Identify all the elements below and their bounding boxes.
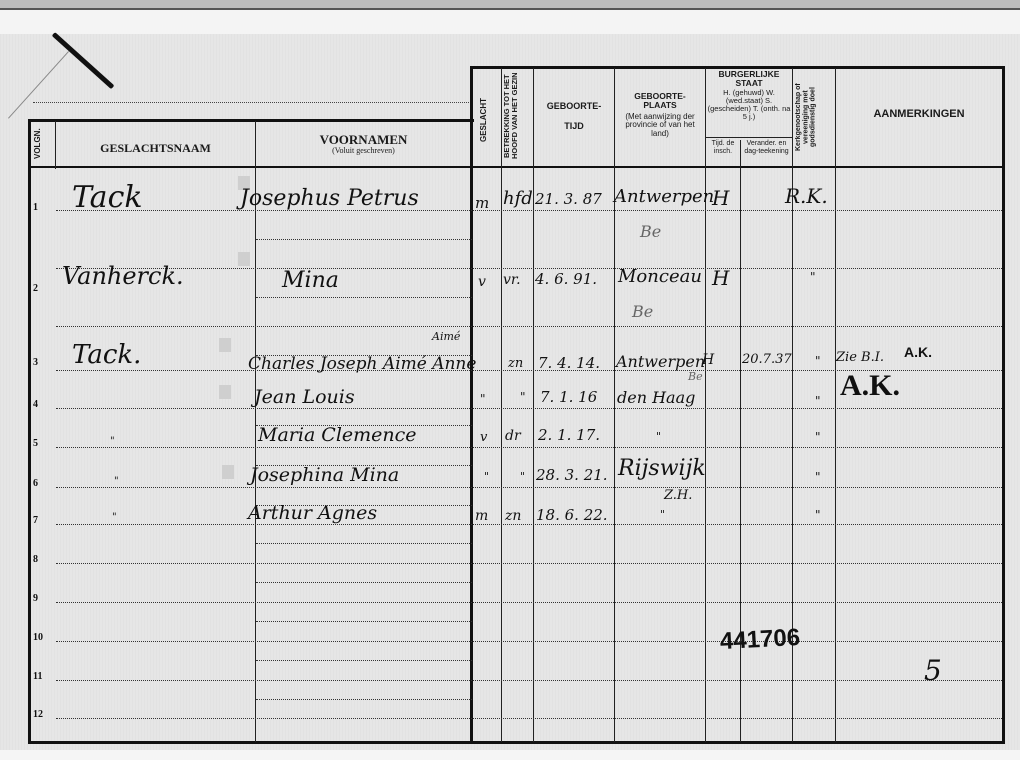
birth-place-cell: Antwerpen bbox=[616, 352, 705, 371]
given-names-cell: Arthur Agnes bbox=[248, 502, 377, 524]
header-voornamen-sub: (Voluit geschreven) bbox=[256, 147, 471, 156]
relation-cell: zn bbox=[505, 508, 521, 524]
given-name-note: Aimé bbox=[432, 330, 460, 343]
birth-place-cell: Monceau bbox=[618, 266, 702, 287]
civil-change-cell: 20.7.37 bbox=[742, 352, 792, 367]
header-betrekking: BETREKKING TOT HET HOOFD VAN HET GEZIN bbox=[503, 70, 531, 162]
header-geboorteplaats-title: GEBOORTE-PLAATS bbox=[630, 92, 690, 111]
surname-ditto: " bbox=[112, 512, 117, 523]
place-note: Be bbox=[640, 222, 661, 241]
birth-date-cell: 2. 1. 17. bbox=[538, 426, 600, 444]
page-mark: 5 bbox=[924, 654, 942, 687]
surname-cell: Tack. bbox=[72, 340, 141, 370]
pen-stroke-mark bbox=[52, 32, 115, 89]
col-line-voornamen bbox=[255, 121, 256, 742]
church-cell: R.K. bbox=[785, 184, 828, 208]
birth-place-cell: Rijswijk bbox=[618, 456, 706, 481]
relation-cell: vr. bbox=[503, 272, 521, 288]
sex-cell: m bbox=[475, 194, 489, 212]
header-geslacht: GESLACHT bbox=[480, 80, 488, 160]
ak-stamp-large: A.K. bbox=[840, 369, 900, 403]
header-burg-tijd: Tijd. de insch. bbox=[706, 140, 740, 155]
birth-place-ditto: " bbox=[656, 430, 661, 443]
church-cell: " bbox=[815, 470, 821, 484]
row-number-7: 7 bbox=[33, 515, 38, 526]
ak-stamp-small: A.K. bbox=[904, 344, 932, 360]
header-geboorteplaats-sub: (Met aanwijzing der provincie of van het… bbox=[616, 113, 704, 139]
row-number-10: 10 bbox=[33, 632, 43, 643]
header-geboortetijd: GEBOORTE- TIJD bbox=[534, 102, 614, 132]
header-volgn: VOLGN. bbox=[34, 124, 42, 164]
faint-stamp-square bbox=[219, 338, 231, 352]
row-number-3: 3 bbox=[33, 357, 38, 368]
header-kerkgenootschap: Kerkgenootschap of vereeniging met godsd… bbox=[795, 70, 833, 164]
surname-cell: Tack bbox=[72, 180, 143, 215]
birth-date-cell: 7. 1. 16 bbox=[540, 388, 597, 406]
row-number-6: 6 bbox=[33, 478, 38, 489]
header-voornamen: VOORNAMEN (Voluit geschreven) bbox=[256, 133, 471, 156]
relation-cell: hfd bbox=[503, 188, 533, 209]
birth-date-cell: 21. 3. 87 bbox=[535, 190, 602, 208]
given-names-cell: Josephina Mina bbox=[250, 464, 399, 486]
row-number-5: 5 bbox=[33, 438, 38, 449]
sex-cell: v bbox=[478, 274, 486, 290]
civil-status-cell: H bbox=[712, 266, 729, 290]
row-number-2: 2 bbox=[33, 283, 38, 294]
church-cell: " bbox=[810, 270, 816, 284]
row-number-1: 1 bbox=[33, 202, 38, 213]
church-cell: " bbox=[815, 354, 821, 368]
relation-cell: " bbox=[520, 470, 525, 483]
church-cell: " bbox=[815, 430, 821, 444]
faint-diagonal-line bbox=[8, 51, 69, 119]
birth-date-cell: 28. 3. 21. bbox=[536, 466, 608, 484]
birth-place-cell: Antwerpen bbox=[614, 186, 714, 207]
given-names-cell: Mina bbox=[282, 268, 339, 293]
row-number-12: 12 bbox=[33, 709, 43, 720]
top-dotted-line bbox=[33, 102, 471, 103]
header-geboorteplaats: GEBOORTE-PLAATS (Met aanwijzing der prov… bbox=[616, 92, 704, 139]
surname-ditto: " bbox=[114, 476, 119, 487]
registration-number-stamp: 441706 bbox=[719, 624, 800, 656]
relation-cell: dr bbox=[505, 428, 521, 444]
church-cell: " bbox=[815, 394, 821, 408]
civil-status-cell: H bbox=[712, 186, 729, 210]
top-light-band bbox=[0, 10, 1020, 34]
surname-ditto: " bbox=[110, 436, 115, 447]
place-note: Z.H. bbox=[664, 488, 692, 503]
header-burg-verander: Verander. en dag-teekening bbox=[741, 140, 792, 155]
row-number-4: 4 bbox=[33, 399, 38, 410]
header-geslachtsnaam: GESLACHTSNAAM bbox=[56, 142, 255, 155]
registration-card: VOLGN. GESLACHTSNAAM VOORNAMEN (Voluit g… bbox=[0, 0, 1020, 760]
sex-cell: " bbox=[484, 470, 489, 483]
civil-status-cell: H bbox=[702, 352, 714, 368]
birth-date-cell: 7. 4. 14. bbox=[538, 354, 600, 372]
header-geboortetijd-line2: TIJD bbox=[564, 121, 584, 131]
birth-place-ditto: " bbox=[660, 508, 665, 521]
header-aanmerkingen: AANMERKINGEN bbox=[836, 108, 1002, 120]
row-number-9: 9 bbox=[33, 593, 38, 604]
sex-cell: v bbox=[480, 430, 487, 445]
birth-place-cell: den Haag bbox=[617, 388, 695, 407]
relation-cell: " bbox=[520, 390, 526, 404]
given-names-cell: Maria Clemence bbox=[258, 424, 417, 446]
birth-date-cell: 18. 6. 22. bbox=[536, 506, 608, 524]
surname-cell: Vanherck. bbox=[62, 262, 184, 290]
given-names-cell: Charles Joseph Aimé Anne bbox=[248, 354, 476, 374]
birth-date-cell: 4. 6. 91. bbox=[535, 270, 597, 288]
header-voornamen-title: VOORNAMEN bbox=[320, 132, 408, 147]
bottom-edge bbox=[0, 750, 1020, 760]
faint-stamp-square bbox=[222, 465, 234, 479]
header-burgerlijke-staat-title: BURGERLIJKE STAAT bbox=[706, 70, 792, 89]
header-geboortetijd-line1: GEBOORTE- bbox=[547, 101, 602, 111]
faint-stamp-square bbox=[238, 252, 250, 266]
row-number-11: 11 bbox=[33, 671, 42, 682]
church-cell: " bbox=[815, 508, 821, 522]
header-divider bbox=[28, 166, 1004, 168]
relation-cell: zn bbox=[508, 356, 523, 371]
header-burgerlijke-staat-sub: H. (gehuwd) W. (wed.staat) S. (gescheide… bbox=[706, 89, 792, 122]
header-burgerlijke-staat: BURGERLIJKE STAAT H. (gehuwd) W. (wed.st… bbox=[706, 70, 792, 122]
place-note: Be bbox=[632, 302, 653, 321]
given-names-cell: Jean Louis bbox=[254, 386, 355, 408]
sex-cell: " bbox=[480, 392, 486, 406]
sex-cell: m bbox=[475, 508, 488, 524]
burg-sub-divider bbox=[705, 137, 792, 138]
place-note: Be bbox=[688, 370, 703, 383]
faint-stamp-square bbox=[219, 385, 231, 399]
row-number-8: 8 bbox=[33, 554, 38, 565]
given-names-cell: Josephus Petrus bbox=[240, 186, 419, 211]
remark-handwritten: Zie B.I. bbox=[836, 350, 884, 365]
